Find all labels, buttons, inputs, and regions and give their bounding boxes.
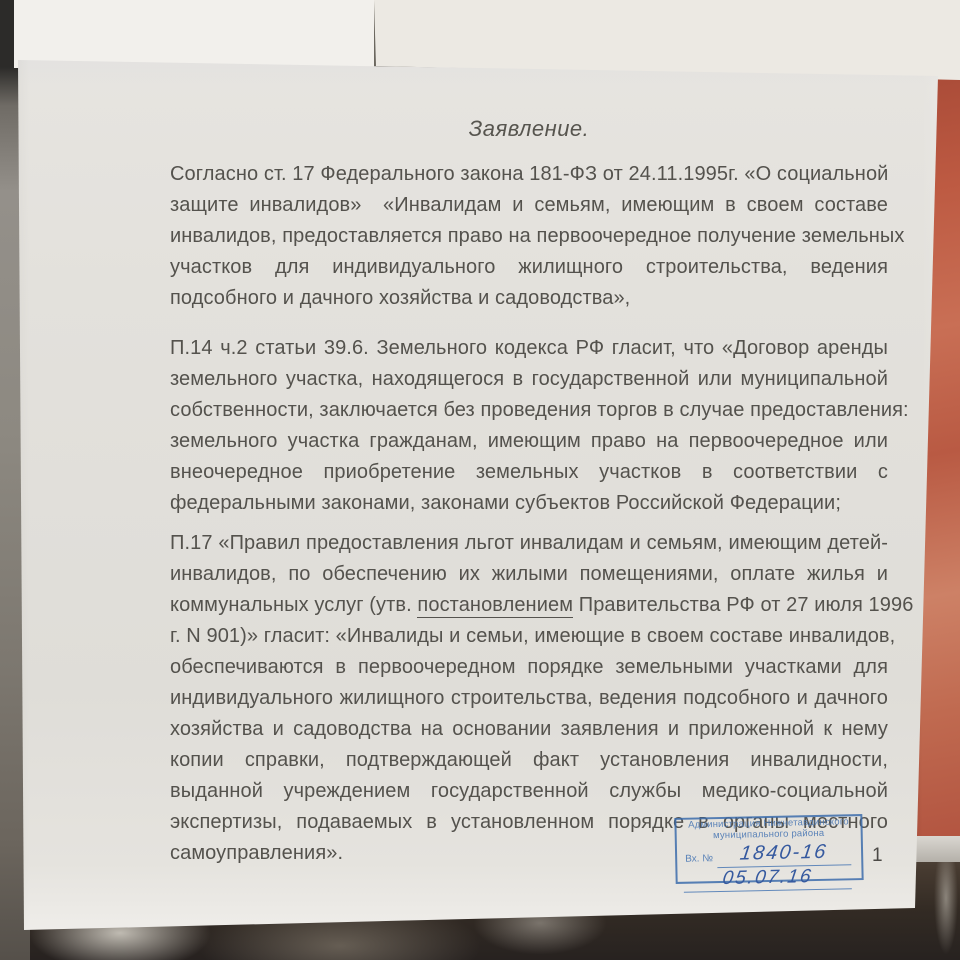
stamp-number-handwritten: 1840-16 bbox=[739, 841, 829, 865]
text-line: собственности, заключается без проведени… bbox=[170, 395, 888, 426]
text-line: инвалидов, по обеспечению их жилыми поме… bbox=[170, 559, 888, 590]
text-line: хозяйства и садоводства на основании зая… bbox=[170, 714, 888, 745]
text-segment: коммунальных услуг (утв. bbox=[170, 594, 417, 616]
text-line: защите инвалидов» «Инвалидам и семьям, и… bbox=[170, 190, 888, 221]
text-line: обеспечиваются в первоочередном порядке … bbox=[170, 652, 888, 683]
stamp-date-line: 05.07.16 bbox=[683, 866, 851, 893]
text-line-with-underline: коммунальных услуг (утв. постановлением … bbox=[170, 590, 888, 621]
text-line: подсобного и дачного хозяйства и садовод… bbox=[170, 283, 888, 314]
text-line: участков для индивидуального жилищного с… bbox=[170, 252, 888, 283]
text-line: П.17 «Правил предоставления льгот инвали… bbox=[170, 528, 888, 559]
text-segment: Правительства РФ от 27 июля 1996 bbox=[573, 594, 913, 616]
text-line: земельного участка гражданам, имеющим пр… bbox=[170, 426, 888, 457]
text-line: выданной учреждением государственной слу… bbox=[170, 776, 888, 807]
text-line: земельного участка, находящегося в госуд… bbox=[170, 364, 888, 395]
text-line: федеральными законами, законами субъекто… bbox=[170, 488, 888, 519]
text-line: индивидуального жилищного строительства,… bbox=[170, 683, 888, 714]
page-number: 1 bbox=[872, 845, 883, 867]
stamp-date-handwritten: 05.07.16 bbox=[721, 867, 814, 889]
stamp-number-line: 1840-16 bbox=[717, 840, 851, 868]
text-line: г. N 901)» гласит: «Инвалиды и семьи, им… bbox=[170, 621, 888, 652]
text-line: П.14 ч.2 статьи 39.6. Земельного кодекса… bbox=[170, 333, 888, 364]
underlined-word: постановлением bbox=[417, 594, 573, 618]
text-line: внеочередное приобретение земельных учас… bbox=[170, 457, 888, 488]
text-line: Согласно ст. 17 Федерального закона 181-… bbox=[170, 159, 888, 190]
registration-stamp: Администрация Нижнетавдинского муниципал… bbox=[674, 814, 863, 884]
document-title: Заявление. bbox=[170, 116, 888, 142]
text-line: копии справки, подтверждающей факт устан… bbox=[170, 745, 888, 776]
background-sheet-left bbox=[14, 0, 374, 68]
paragraph-2: П.14 ч.2 статьи 39.6. Земельного кодекса… bbox=[170, 333, 888, 519]
stamp-inbox-number-label: Вх. № bbox=[685, 853, 713, 865]
text-line: инвалидов, предоставляется право на перв… bbox=[170, 221, 888, 252]
paragraph-1: Согласно ст. 17 Федерального закона 181-… bbox=[170, 159, 888, 314]
